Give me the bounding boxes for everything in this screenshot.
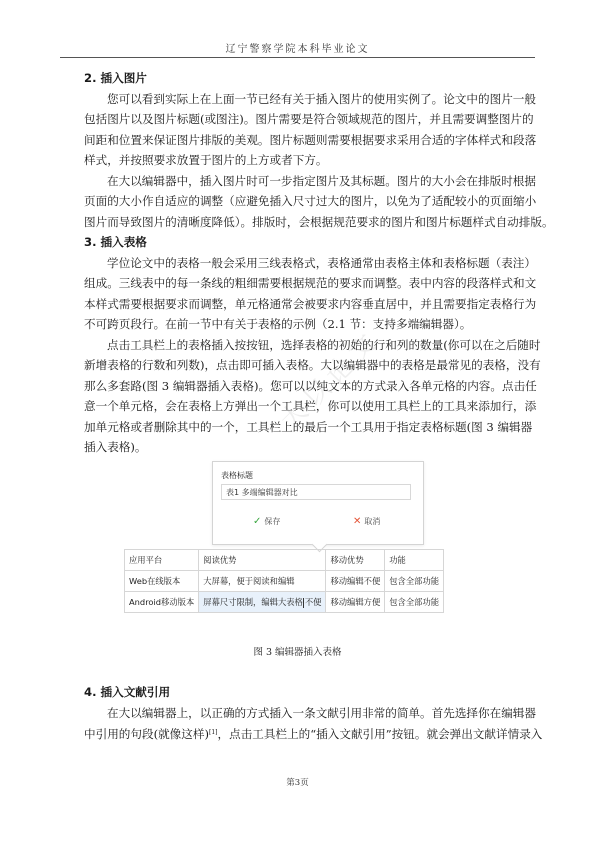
table-cell[interactable]: 移动编辑方便	[326, 592, 385, 613]
caption-input[interactable]: 表1 多端编辑器对比	[221, 484, 411, 500]
selected-table-cell[interactable]: 屏幕尺寸限制，编辑大表格不便	[199, 592, 326, 613]
text-line: 页面的大小作自适应的调整（应避免插入尺寸过大的图片，以免为了适配较小的页面缩小	[61, 191, 512, 212]
table-row: Web在线版本 大屏幕，便于阅读和编辑 移动编辑不便 包含全部功能	[125, 571, 444, 592]
text-line: 在大以编辑器中，插入图片时可一步指定图片及其标题。图片的大小会在排版时根据	[84, 171, 512, 192]
text-line: 间距和位置来保证图片排版的美观。图片标题则需要根据要求采用合适的字体样式和段落	[61, 130, 512, 151]
save-button[interactable]: ✓ 保存	[253, 516, 280, 527]
table-cell[interactable]: 包含全部功能	[385, 571, 444, 592]
running-header: 辽宁警察学院本科毕业论文	[60, 40, 535, 55]
text-line: 插入表格)。	[61, 437, 512, 458]
paragraph: 您可以看到实际上在上面一节已经有关于插入图片的使用实例了。论文中的图片一般 包括…	[84, 89, 512, 171]
text-line: 图片而导致图片的清晰度降低）。排版时，会根据规范要求的图片和图片标题样式自动排版…	[61, 212, 512, 233]
text-line: 在大以编辑器上，以正确的方式插入一条文献引用非常的简单。首先选择你在编辑器	[84, 703, 512, 724]
table-row: Android移动版本 屏幕尺寸限制，编辑大表格不便 移动编辑方便 包含全部功能	[125, 592, 444, 613]
page-number: 第3页	[0, 776, 595, 788]
text-line: 点击工具栏上的表格插入按按钮，选择表格的初始的行和列的数量(你可以在之后随时	[84, 335, 512, 356]
table-cell[interactable]: 包含全部功能	[385, 592, 444, 613]
text-fragment: ，点击工具栏上的“插入文献引用”按钮。就会弹出文献详情录入	[218, 727, 543, 741]
close-icon: ✕	[353, 516, 361, 527]
paragraph: 在大以编辑器中，插入图片时可一步指定图片及其标题。图片的大小会在排版时根据 页面…	[84, 171, 512, 233]
cancel-label: 取消	[364, 516, 380, 527]
table-cell[interactable]: 大屏幕，便于阅读和编辑	[199, 571, 326, 592]
paragraph: 学位论文中的表格一般会采用三线表格式，表格通常由表格主体和表格标题（表注） 组成…	[84, 253, 512, 335]
section-heading-4: 4. 插入文献引用	[84, 682, 512, 703]
table-header-cell[interactable]: 移动优势	[326, 550, 385, 571]
text-line: 包括图片以及图片标题(或图注)。图片需要是符合领域规范的图片，并且需要调整图片的	[61, 109, 512, 130]
text-line: 不可跨页段行。在前一节中有关于表格的示例（2.1 节：支持多端编辑器）。	[61, 314, 512, 335]
text-line: 中引用的句段(就像这样)[1]，点击工具栏上的“插入文献引用”按钮。就会弹出文献…	[61, 723, 512, 745]
table-header-cell[interactable]: 阅读优势	[199, 550, 326, 571]
check-icon: ✓	[253, 516, 261, 527]
table-header-row: 应用平台 阅读优势 移动优势 功能	[125, 550, 444, 571]
paragraph: 点击工具栏上的表格插入按按钮，选择表格的初始的行和列的数量(你可以在之后随时 新…	[84, 335, 512, 458]
text-line: 那么多套路(图 3 编辑器插入表格)。您可以以纯文本的方式录入各单元格的内容。点…	[61, 376, 512, 397]
text-line: 您可以看到实际上在上面一节已经有关于插入图片的使用实例了。论文中的图片一般	[84, 89, 512, 110]
paragraph: 在大以编辑器上，以正确的方式插入一条文献引用非常的简单。首先选择你在编辑器 中引…	[84, 703, 512, 745]
text-line: 新增表格的行数和列数)，点击即可插入表格。大以编辑器中的表格是最常见的表格，没有	[61, 355, 512, 376]
table-header-cell[interactable]: 功能	[385, 550, 444, 571]
header-rule	[60, 57, 535, 58]
section-heading-2: 2. 插入图片	[84, 68, 512, 89]
citation-mark[interactable]: [1]	[209, 729, 218, 736]
table-cell[interactable]: Android移动版本	[125, 592, 199, 613]
caption-field-label: 表格标题	[221, 470, 253, 481]
table-caption-popup: 表格标题 表1 多端编辑器对比 ✓ 保存 ✕ 取消	[212, 461, 424, 545]
table-cell[interactable]: 移动编辑不便	[326, 571, 385, 592]
text-fragment: 中引用的句段(就像这样)	[84, 727, 209, 741]
comparison-table: 应用平台 阅读优势 移动优势 功能 Web在线版本 大屏幕，便于阅读和编辑 移动…	[124, 549, 444, 613]
table-header-cell[interactable]: 应用平台	[125, 550, 199, 571]
text-line: 样式，并按照要求放置于图片的上方或者下方。	[61, 150, 512, 171]
cancel-button[interactable]: ✕ 取消	[353, 516, 380, 527]
section-2: 2. 插入图片 您可以看到实际上在上面一节已经有关于插入图片的使用实例了。论文中…	[84, 68, 512, 458]
text-line: 意一个单元格，会在表格上方弹出一个工具栏，你可以使用工具栏上的工具来添加行，添	[61, 396, 512, 417]
figure-caption: 图 3 编辑器插入表格	[0, 644, 595, 658]
save-label: 保存	[264, 516, 280, 527]
table-cell[interactable]: Web在线版本	[125, 571, 199, 592]
text-line: 加单元格或者删除其中的一个，工具栏上的最后一个工具用于指定表格标题(图 3 编辑…	[61, 417, 512, 438]
cell-text-tail: 不便	[305, 597, 322, 607]
text-line: 学位论文中的表格一般会采用三线表格式，表格通常由表格主体和表格标题（表注）	[84, 253, 512, 274]
cell-text: 屏幕尺寸限制，编辑大表格	[203, 597, 303, 607]
section-heading-3: 3. 插入表格	[84, 232, 512, 253]
text-line: 组成。三线表中的每一条线的粗细需要根据规范的要求而调整。表中内容的段落样式和文	[61, 273, 512, 294]
text-line: 本样式需要根据要求而调整，单元格通常会被要求内容垂直居中，并且需要指定表格行为	[61, 294, 512, 315]
section-4: 4. 插入文献引用 在大以编辑器上，以正确的方式插入一条文献引用非常的简单。首先…	[84, 682, 512, 745]
